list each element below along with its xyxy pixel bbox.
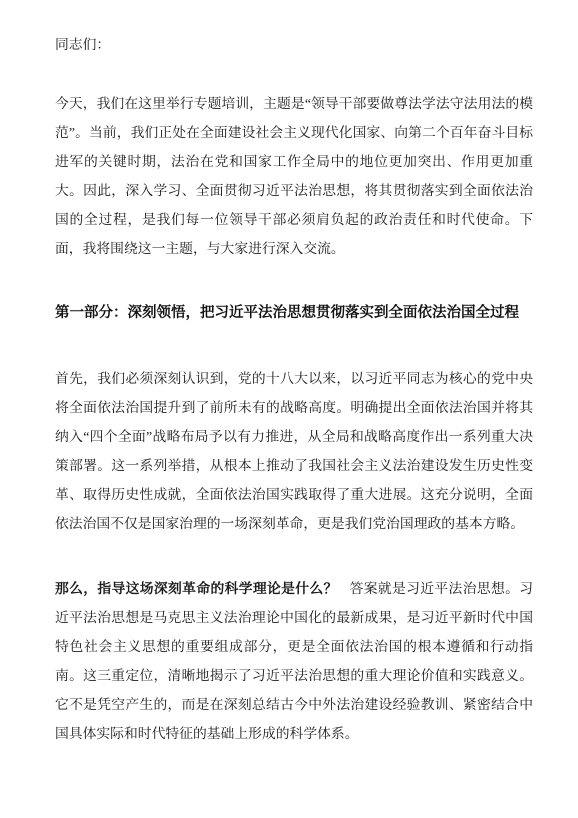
question-lead: 那么，指导这场深刻革命的科学理论是什么？ [55,581,338,596]
salutation: 同志们： [55,30,533,59]
question-answer: 答案就是习近平法治思想。习近平法治思想是马克思主义法治理论中国化的最新成果，是习… [55,581,533,741]
section-1-heading: 第一部分：深刻领悟，把习近平法治思想贯彻落实到全面依法治国全过程 [55,299,533,328]
document-page: 同志们： 今天，我们在这里举行专题培训，主题是“领导干部要做尊法学法守法用法的模… [0,0,578,818]
section-1-paragraph: 首先，我们必须深刻认识到，党的十八大以来，以习近平同志为核心的党中央将全面依法治… [55,364,533,538]
intro-paragraph: 今天，我们在这里举行专题培训，主题是“领导干部要做尊法学法守法用法的模范”。当前… [55,89,533,263]
question-paragraph: 那么，指导这场深刻革命的科学理论是什么？答案就是习近平法治思想。习近平法治思想是… [55,574,533,748]
